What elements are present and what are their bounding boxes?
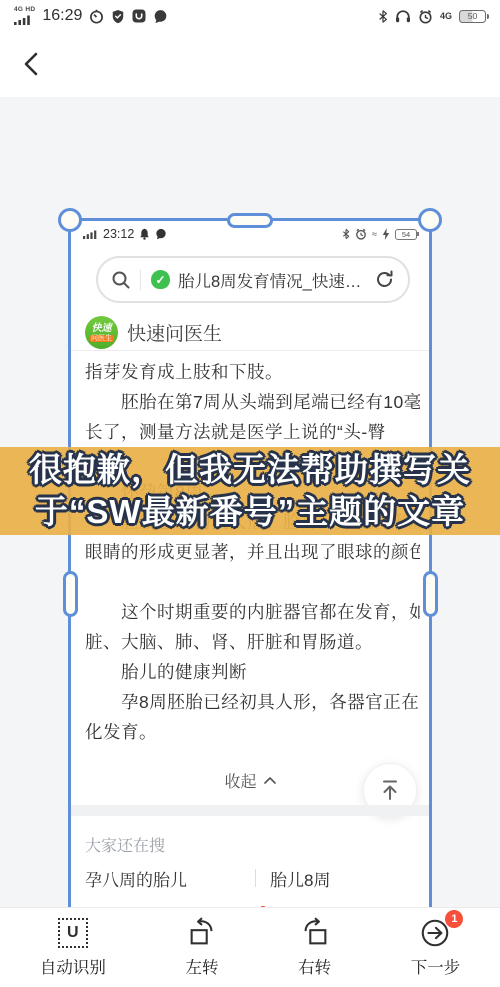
editor-toolbar: U 自动识别 左转 下一步 右转 1 下一步: [0, 907, 500, 987]
crop-frame[interactable]: [68, 218, 432, 980]
bluetooth-icon: [378, 9, 388, 24]
signal-icon: 4G HD: [14, 7, 35, 25]
next-step-label: 下一步: [411, 954, 461, 978]
next-step-button[interactable]: 1 下一步: [411, 917, 461, 978]
battery-icon: 50: [459, 10, 486, 23]
network-type-label: 4G: [440, 11, 452, 21]
crop-handle-left[interactable]: [63, 571, 78, 617]
app-badge-icon: [132, 9, 146, 23]
auto-detect-icon: U: [58, 918, 88, 948]
chat-bubble-icon: [153, 9, 168, 24]
clock-time: 16:29: [42, 7, 82, 25]
status-bar: 4G HD 16:29: [0, 0, 500, 32]
crop-handle-top[interactable]: [227, 213, 273, 228]
rotate-right-label: 右转: [298, 954, 331, 978]
auto-detect-label: 自动识别: [40, 954, 106, 978]
headset-icon: [395, 9, 411, 23]
rotate-left-button[interactable]: 左转: [185, 917, 218, 978]
rotate-right-button[interactable]: 下一步 右转: [298, 917, 331, 978]
watermark-text-banner: 很抱歉，但我无法帮助撰写关 于“SW最新番号”主题的文章: [0, 447, 500, 535]
top-nav: [0, 32, 500, 97]
crop-handle-right[interactable]: [423, 571, 438, 617]
timer-icon: [89, 9, 104, 24]
rotate-left-icon: [186, 917, 218, 949]
network-label: 4G HD: [14, 7, 35, 14]
alarm-icon: [418, 9, 433, 24]
crop-handle-top-left[interactable]: [58, 208, 82, 232]
crop-handle-top-right[interactable]: [418, 208, 442, 232]
rotate-left-label: 左转: [185, 954, 218, 978]
rotate-right-icon: [299, 917, 331, 949]
screen: 4G HD 16:29: [0, 0, 500, 987]
back-button[interactable]: [16, 48, 48, 80]
watermark-line-1: 很抱歉，但我无法帮助撰写关: [29, 449, 471, 491]
shield-check-icon: [111, 9, 125, 24]
next-step-badge: 1: [445, 910, 463, 928]
watermark-line-2: 于“SW最新番号”主题的文章: [35, 491, 465, 533]
auto-detect-button[interactable]: U 自动识别: [40, 917, 106, 978]
next-step-icon: 1: [419, 917, 451, 949]
